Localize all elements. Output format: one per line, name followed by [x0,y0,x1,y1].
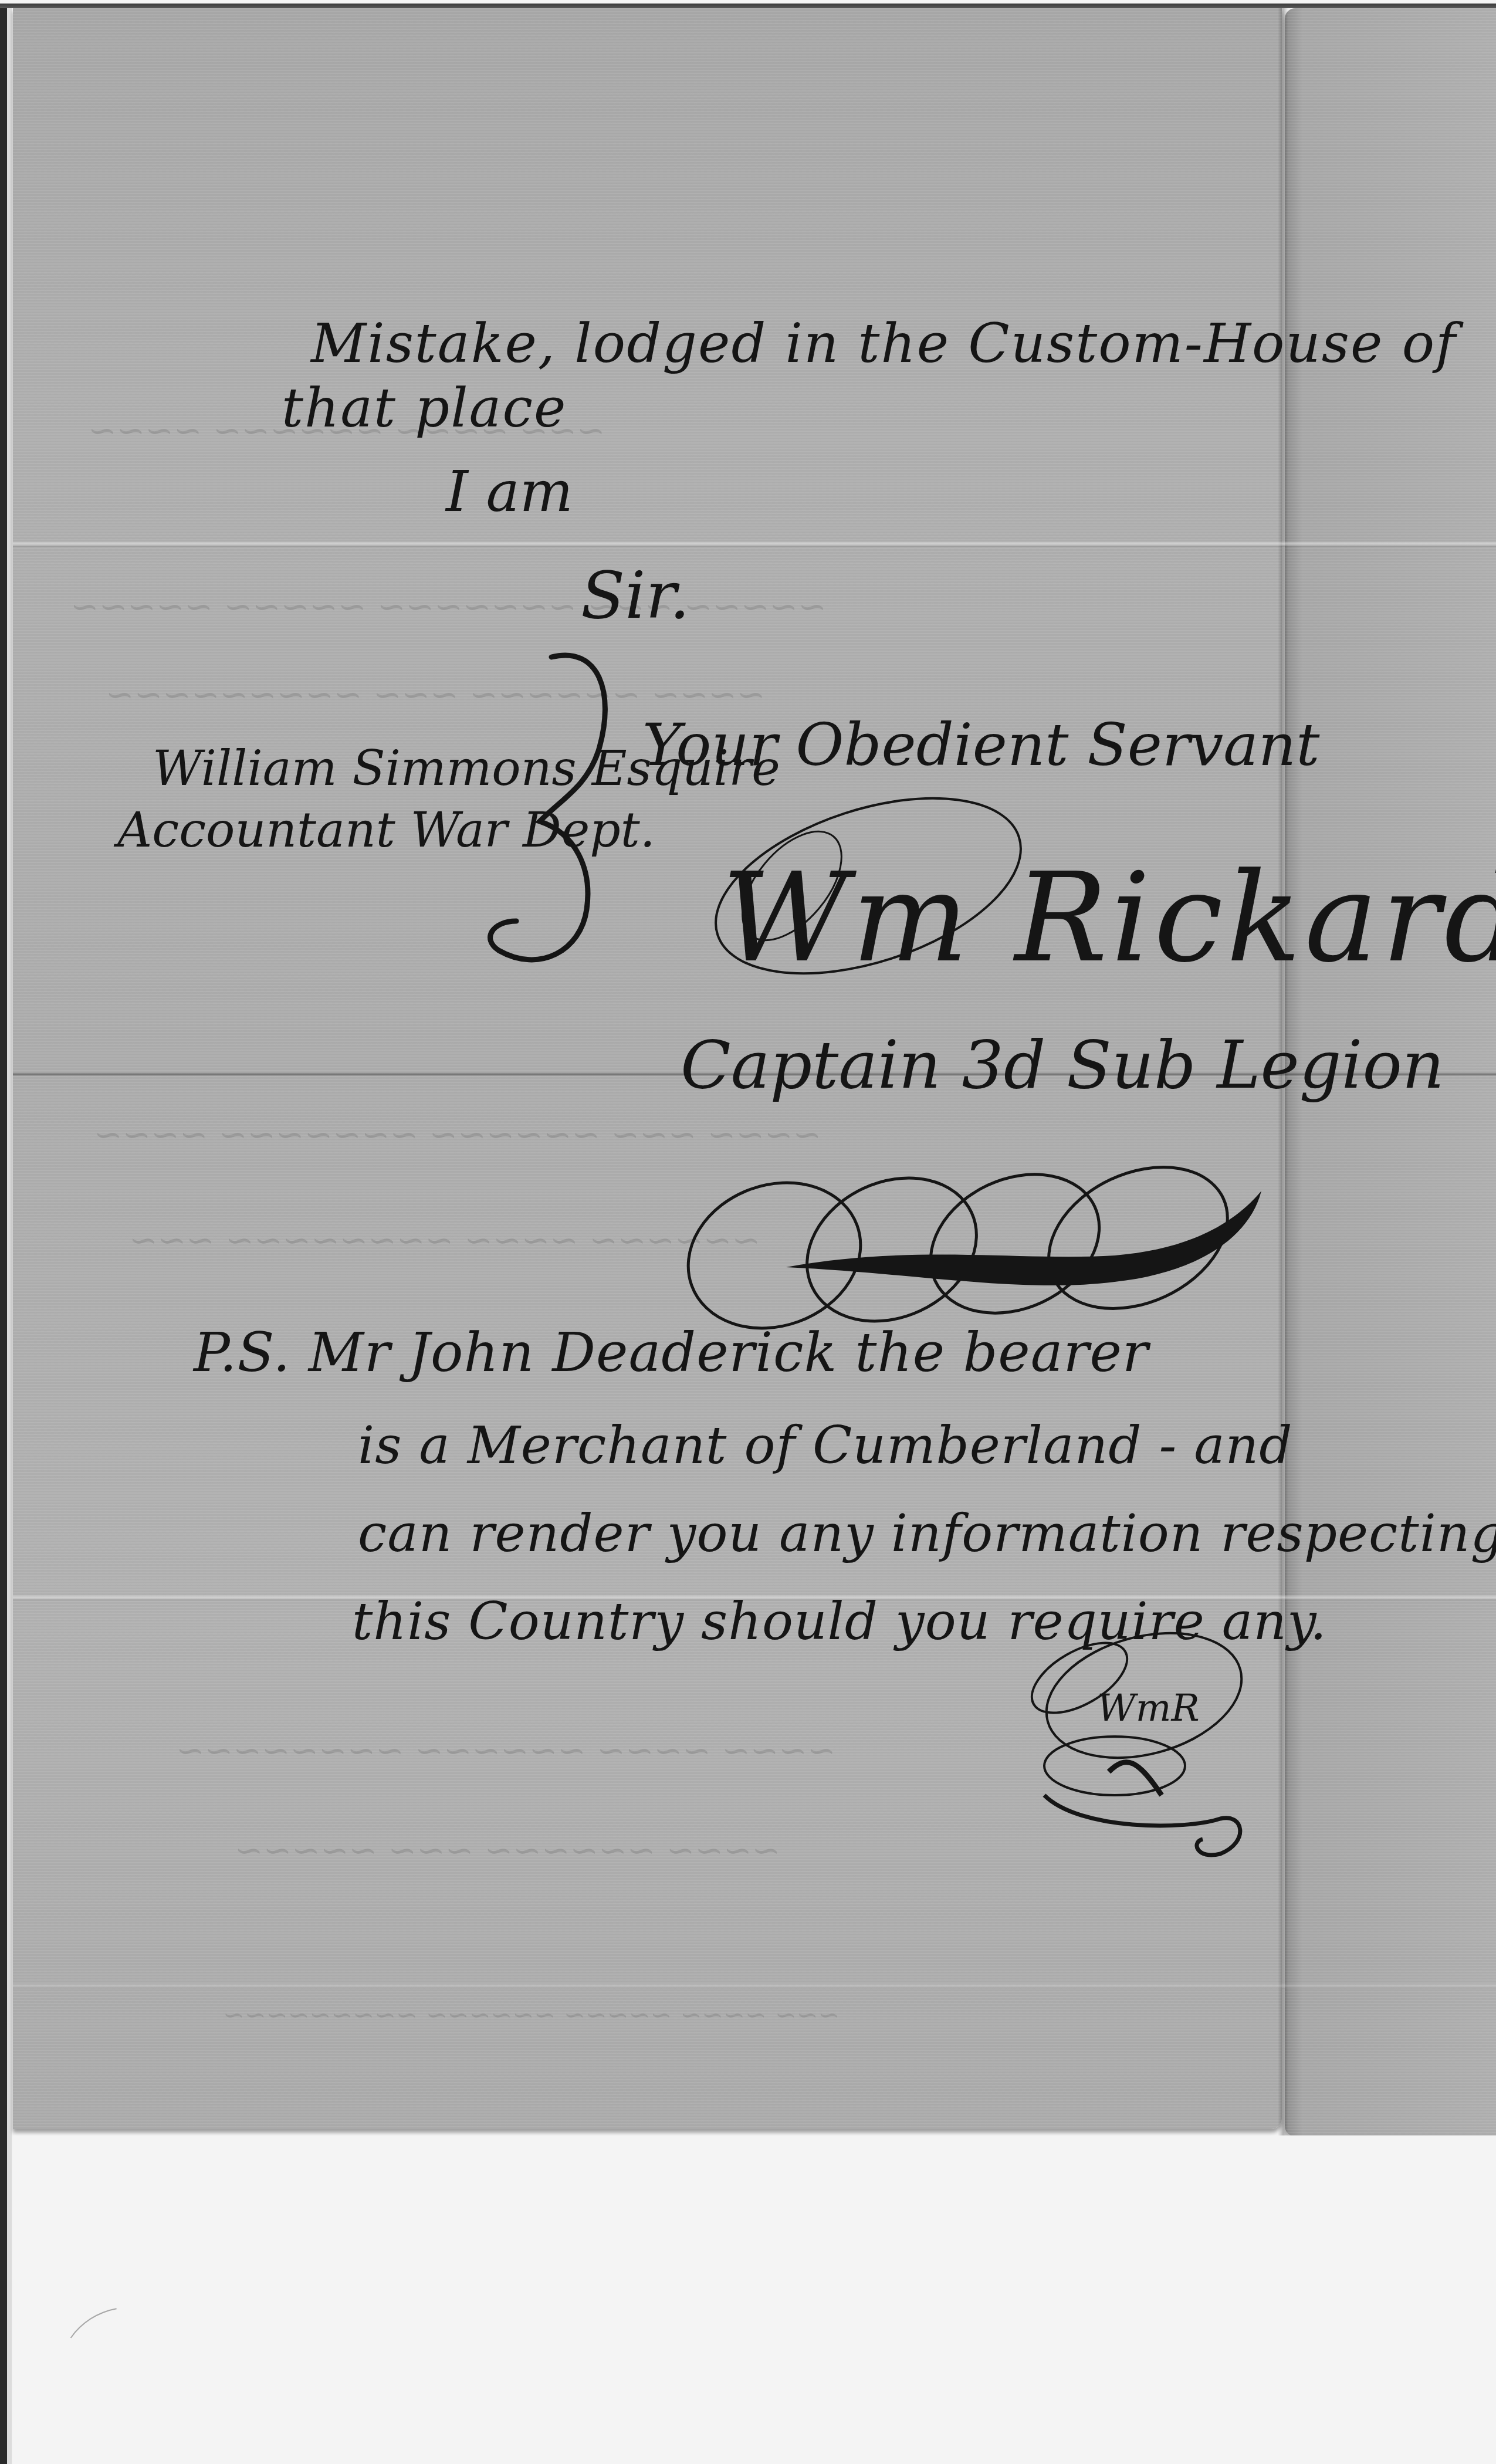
postscript-line: is a Merchant of Cumberland - and [358,1420,1293,1471]
closing-i-am: I am [446,463,573,520]
postscript-line: can render you any information respectin… [358,1508,1496,1559]
letter-body-line: that place [282,381,567,435]
addressee-title: Accountant War Dept. [117,807,655,855]
signature-name: Wm Rickard [722,857,1496,980]
postscript-line: P.S. Mr John Deaderick the bearer [194,1326,1149,1380]
initials-flourish [1009,1619,1279,1866]
initials: WmR [1097,1690,1200,1727]
signature-rank: Captain 3d Sub Legion [681,1033,1444,1098]
fold-line [13,1983,1496,1989]
top-edge [0,0,1496,8]
letter-body-line: Mistake, lodged in the Custom-House of [311,317,1457,371]
fold-line [13,541,1496,547]
scan-border [0,0,12,2464]
closing-salutation: Sir. [581,563,690,628]
scan-background [13,2135,1496,2464]
addressee-name: William Simmons Esquire [153,745,780,793]
decorative-flourish [669,1156,1302,1343]
